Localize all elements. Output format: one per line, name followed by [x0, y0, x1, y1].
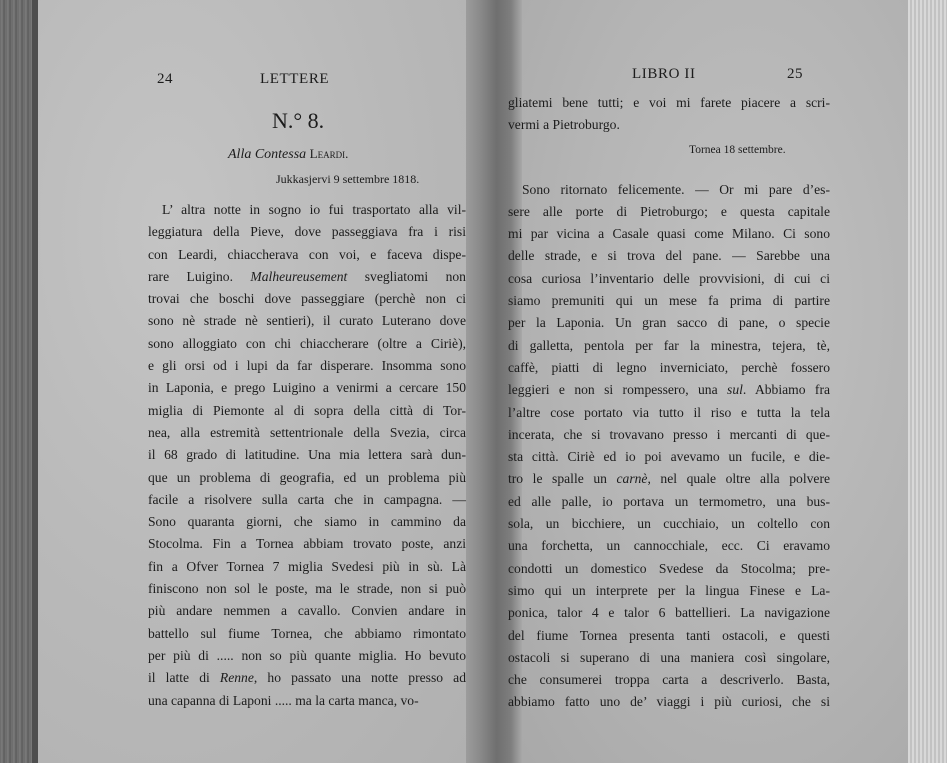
letter-addressee: Alla Contessa Leardi.: [228, 146, 348, 163]
right-running-title: LIBRO II: [632, 66, 696, 83]
left-page-number: 24: [157, 71, 173, 88]
text-line: incerata, che si trovavano presso i merc…: [508, 424, 830, 446]
section-gap: [508, 137, 830, 179]
right-page-number: 25: [787, 66, 803, 83]
left-running-title: LETTERE: [260, 71, 329, 88]
text-line: sta città. Ciriè ed io poi avevamo un fu…: [508, 446, 830, 468]
text-line: mi par vicina a Casale quasi come Milano…: [508, 223, 830, 245]
right-page-body: gliatemi bene tutti; e voi mi farete pia…: [508, 92, 830, 714]
text-line: leggiatura della Pieve, dove passeggiava…: [148, 221, 466, 243]
right-dateline: Tornea 18 settembre.: [689, 144, 786, 156]
text-line: ostacoli si superano di una maniera così…: [508, 647, 830, 669]
letter-number: N.° 8.: [272, 108, 324, 134]
text-line: una forchetta, un cannocchiale, ecc. Ci …: [508, 535, 830, 557]
addressee-name: Leardi.: [310, 146, 349, 161]
text-line: fin a Ofver Tornea 7 miglia Svedesi più …: [148, 556, 466, 578]
text-line: condotti un domestico Svedese da Stocolm…: [508, 558, 830, 580]
text-line: il latte di Renne, ho passato una notte …: [148, 667, 466, 689]
book-spine-edge: [0, 0, 38, 763]
text-line: sola, un bicchiere, un cucchiaio, un col…: [508, 513, 830, 535]
left-page-body: L’ altra notte in sogno io fui trasporta…: [148, 199, 466, 712]
text-line: Stocolma. Fin a Tornea abbiam trovato po…: [148, 533, 466, 555]
text-line: con Leardi, chiaccherava con voi, e face…: [148, 244, 466, 266]
text-line: trovai che boschi dove passeggiare (perc…: [148, 288, 466, 310]
text-line: vermi a Pietroburgo.: [508, 114, 830, 136]
text-line: miglia di Piemonte al di sopra della cit…: [148, 400, 466, 422]
text-line: sono alloggiato con chi chiaccherare (ol…: [148, 333, 466, 355]
text-line: per la Laponia. Un gran sacco di pane, o…: [508, 312, 830, 334]
text-line: simo qui un interprete per la lingua Fin…: [508, 580, 830, 602]
text-line: che consumerei troppa carta a descriverl…: [508, 669, 830, 691]
text-line: sere alle porte di Pietroburgo; e questa…: [508, 201, 830, 223]
text-line: ponica, talor 4 e talor 6 battellieri. L…: [508, 602, 830, 624]
text-line: finiscono non sol le poste, ma le strade…: [148, 578, 466, 600]
text-line: delle strade, e si trova del pane. — Sar…: [508, 245, 830, 267]
text-line: siamo premuniti qui un mese fa prima di …: [508, 290, 830, 312]
addressee-salutation: Alla Contessa: [228, 147, 306, 162]
text-line: leggieri e non si rompessero, una sul. A…: [508, 379, 830, 401]
text-line: cosa curiosa l’inventario delle provvisi…: [508, 268, 830, 290]
text-line: caffè, piatti di legno inverniciato, per…: [508, 357, 830, 379]
left-dateline: Jukkasjervi 9 settembre 1818.: [276, 172, 419, 187]
text-line: que un problema di geografia, ed un prob…: [148, 467, 466, 489]
text-line: sono nè strade nè sentieri), il curato L…: [148, 310, 466, 332]
text-line: del fiume Tornea presenta tanti ostacoli…: [508, 625, 830, 647]
text-line: L’ altra notte in sogno io fui trasporta…: [148, 199, 466, 221]
text-line: l’altre cose portato via tutto il riso e…: [508, 402, 830, 424]
text-line: una capanna di Laponi ..... ma la carta …: [148, 690, 466, 712]
text-line: più andare nemmen a cavallo. Convien and…: [148, 600, 466, 622]
text-line: di galletta, pentola per far la minestra…: [508, 335, 830, 357]
text-line: gliatemi bene tutti; e voi mi farete pia…: [508, 92, 830, 114]
text-line: rare Luigino. Malheureusement svegliatom…: [148, 266, 466, 288]
text-line: il 68 grado di latitudine. Una mia lette…: [148, 444, 466, 466]
text-line: abbiamo fatto uno de’ viaggi i più curio…: [508, 691, 830, 713]
text-line: battello sul fiume Tornea, che abbiamo r…: [148, 623, 466, 645]
text-line: Sono quaranta giorni, che siamo in cammi…: [148, 511, 466, 533]
background-stripes: [908, 0, 947, 763]
text-line: tro le spalle un carnè, nel quale oltre …: [508, 468, 830, 490]
text-line: e gli orsi od i lupi da far disperare. I…: [148, 355, 466, 377]
text-line: Sono ritornato felicemente. — Or mi pare…: [508, 179, 830, 201]
text-line: nea, alla estremità settentrionale della…: [148, 422, 466, 444]
text-line: ed alle palle, io portava un termometro,…: [508, 491, 830, 513]
text-line: per più di ..... non so più quante migli…: [148, 645, 466, 667]
text-line: in Laponia, e prego Luigino a venirmi a …: [148, 377, 466, 399]
text-line: facile a risolvere sulla carta che in ca…: [148, 489, 466, 511]
